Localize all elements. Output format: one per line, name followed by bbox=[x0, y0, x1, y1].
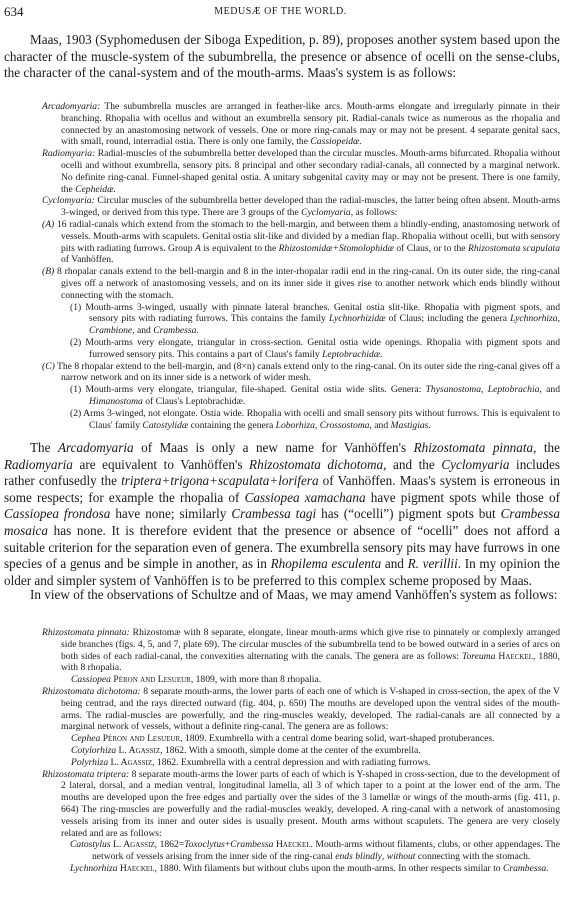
sub-text: containing the genera bbox=[188, 420, 275, 431]
genus-name: Lychnorhiza bbox=[70, 863, 118, 874]
group-a: (A) 16 radial-canals which extend from t… bbox=[42, 219, 560, 266]
genus-cassiopea: Cassiopea Péron and Lesueur, 1809, with … bbox=[61, 674, 560, 686]
taxon: Cassiopea xamachana bbox=[245, 490, 366, 505]
term: Rhizostomata pinnata: bbox=[42, 627, 130, 638]
group-b: (B) 8 rhopalar canals extend to the bell… bbox=[42, 266, 560, 301]
group-text: of Vanhöffen. bbox=[61, 254, 113, 265]
discussion-paragraph: The Arcadomyaria of Maas is only a new n… bbox=[4, 440, 560, 589]
genus-polyrhiza: Polyrhiza L. Agassiz, 1862. Exumbrella w… bbox=[61, 757, 560, 769]
group-c: (C) The 8 rhopalar extend to the bell-ma… bbox=[42, 361, 560, 385]
sub-text: of Claus; including the genera bbox=[386, 313, 511, 324]
family-name: Cepheidæ. bbox=[75, 184, 116, 195]
sep: , bbox=[481, 384, 488, 395]
family-name: Leptobrachidæ. bbox=[322, 349, 383, 360]
sep: , and bbox=[132, 325, 153, 336]
taxon: Rhizostomidæ+Stomolophidæ bbox=[279, 243, 394, 254]
entry-triptera: Rhizostomata triptera: 8 separate mouth-… bbox=[42, 769, 560, 840]
sub-text: Mouth-arms very elongate, triangular, fi… bbox=[81, 384, 425, 395]
author: L. Agassiz bbox=[116, 745, 160, 756]
genus-text: , 1809. Exumbrella with a central dome b… bbox=[180, 733, 494, 744]
text: , and the bbox=[383, 457, 441, 472]
term: Arcadomyaria: bbox=[42, 101, 100, 112]
group-text: is equivalent to the bbox=[201, 243, 279, 254]
family-name: Catostylidæ bbox=[142, 420, 188, 431]
author: L. Agassiz bbox=[108, 757, 152, 768]
genus-name: Loborhiza bbox=[276, 420, 315, 431]
taxon: R. verillii bbox=[408, 556, 458, 571]
taxon: triptera+trigona+scapulata+lorifera bbox=[121, 473, 318, 488]
taxon: Crambessa tagi bbox=[231, 506, 316, 521]
text: and bbox=[381, 556, 407, 571]
taxon: Rhizostomata scapulata bbox=[468, 243, 560, 254]
term: Rhizostomata triptera: bbox=[42, 769, 129, 780]
genus-ref: Crambessa. bbox=[503, 863, 549, 874]
taxon: Rhopilema esculenta bbox=[271, 556, 382, 571]
entry-text: , as follows: bbox=[351, 207, 398, 218]
author: L. Agassiz bbox=[111, 839, 155, 850]
group-c-sub-1: (1) Mouth-arms very elongate, triangular… bbox=[70, 384, 560, 408]
genus-catostylus: Catostylus L. Agassiz, 1862=Toxoclytus+C… bbox=[70, 839, 560, 863]
sub-text: Mouth-arms very elongate, triangular in … bbox=[81, 337, 560, 360]
intro-text: Maas, 1903 (Syphomedusen der Siboga Expe… bbox=[4, 32, 560, 80]
entry-dichotoma: Rhizostomata dichotoma: 8 separate mouth… bbox=[42, 686, 560, 733]
entry-arcadomyaria: Arcadomyaria: The subumbrella muscles ar… bbox=[42, 101, 560, 148]
group-b-sub-1: (1) Mouth-arms 3-winged, usually with pi… bbox=[70, 302, 560, 337]
author: Péron and Lesueur bbox=[111, 674, 191, 685]
term: Radiomyaria: bbox=[42, 148, 95, 159]
sub-label: (2) bbox=[70, 408, 81, 419]
amended-system-list: Rhizostomata pinnata: Rhizostomæ with 8 … bbox=[42, 627, 560, 875]
emphasis: ends blindly bbox=[335, 851, 382, 862]
genus-cephea: Cephea Péron and Lesueur, 1809. Exumbrel… bbox=[61, 733, 560, 745]
family-name: Cassiopeidæ. bbox=[310, 136, 361, 147]
genus-text: connecting with the stomach. bbox=[415, 851, 530, 862]
book-page: 634 MEDUSÆ OF THE WORLD. Maas, 1903 (Syp… bbox=[0, 0, 563, 897]
genus-name: Toreuma bbox=[462, 651, 495, 662]
text: are equivalent to Vanhöffen's bbox=[73, 457, 249, 472]
entry-pinnata: Rhizostomata pinnata: Rhizostomæ with 8 … bbox=[42, 627, 560, 674]
genus-name: Leptobrachia bbox=[488, 384, 540, 395]
genus-text: , 1809, with more than 8 rhopalia. bbox=[191, 674, 321, 685]
group-text: of Claus, or to the bbox=[394, 243, 468, 254]
sep: , and bbox=[369, 420, 390, 431]
genus-text: , 1862. With a smooth, simple dome at th… bbox=[160, 745, 421, 756]
genus-name: Cassiopea bbox=[71, 674, 111, 685]
genus-name: Polyrhiza bbox=[71, 757, 108, 768]
text: , the bbox=[533, 440, 560, 455]
author: Haeckel bbox=[118, 863, 155, 874]
text: has (“ocelli”) pigment spots but bbox=[316, 506, 500, 521]
text: have pigment spots while those of bbox=[366, 490, 560, 505]
genus-cotylorhiza: Cotylorhiza L. Agassiz, 1862. With a smo… bbox=[61, 745, 560, 757]
genus-name: Crambessa. bbox=[153, 325, 199, 336]
genus-text: , 1862. Exumbrella with a central depres… bbox=[152, 757, 430, 768]
synonym: Crambessa bbox=[230, 839, 273, 850]
taxon: Rhizostomata dichotoma bbox=[249, 457, 383, 472]
genus-text: , 1862= bbox=[155, 839, 185, 850]
term: Cyclomyaria: bbox=[42, 195, 95, 206]
term: Rhizostomata dichotoma: bbox=[42, 686, 141, 697]
emphasis: without bbox=[387, 851, 416, 862]
maas-system-list: Arcadomyaria: The subumbrella muscles ar… bbox=[42, 101, 560, 431]
author: Péron and Lesueur bbox=[100, 733, 180, 744]
genus-name: Cotylorhiza bbox=[71, 745, 116, 756]
sub-label: (2) bbox=[70, 337, 81, 348]
taxon: Cyclomyaria bbox=[441, 457, 509, 472]
entry-radiomyaria: Radiomyaria: Radial-muscles of the subum… bbox=[42, 148, 560, 195]
sub-label: (1) bbox=[70, 384, 81, 395]
genus-name: Cephea bbox=[71, 733, 100, 744]
amend-paragraph: In view of the observations of Schultze … bbox=[4, 587, 560, 604]
taxon: Cassiopea frondosa bbox=[4, 506, 110, 521]
genus-name: Crossostoma bbox=[320, 420, 370, 431]
taxon: Rhizostomata pinnata bbox=[414, 440, 534, 455]
running-title: MEDUSÆ OF THE WORLD. bbox=[4, 6, 557, 17]
entry-text: Radial-muscles of the subumbrella better… bbox=[61, 148, 560, 194]
group-label: (C) bbox=[42, 361, 55, 372]
intro-paragraph: Maas, 1903 (Syphomedusen der Siboga Expe… bbox=[4, 32, 560, 82]
author: Haeckel bbox=[495, 651, 533, 662]
group-c-sub-2: (2) Arms 3-winged, not elongate. Ostia w… bbox=[70, 408, 560, 432]
taxon: Arcadomyaria bbox=[58, 440, 134, 455]
text: In view of the observations of Schultze … bbox=[30, 587, 557, 602]
text: have none; similarly bbox=[110, 506, 231, 521]
group-label: (B) bbox=[42, 266, 54, 277]
sub-label: (1) bbox=[70, 302, 81, 313]
entry-cyclomyaria: Cyclomyaria: Circular muscles of the sub… bbox=[42, 195, 560, 219]
group-text: 8 rhopalar canals extend to the bell-mar… bbox=[54, 266, 560, 301]
sep: , bbox=[558, 313, 560, 324]
genus-name: Crambione bbox=[89, 325, 132, 336]
entry-text: 8 separate mouth-arms the lower parts of… bbox=[61, 769, 560, 839]
text: of Maas is only a new name for Vanhöffen… bbox=[134, 440, 414, 455]
term-inline: Cyclomyaria bbox=[301, 207, 351, 218]
genus-name: Catostylus bbox=[70, 839, 111, 850]
taxon: Radiomyaria bbox=[4, 457, 73, 472]
author: Haeckel bbox=[273, 839, 310, 850]
sub-text: of Claus's Leptobrachidæ. bbox=[143, 396, 245, 407]
sep: , and bbox=[539, 384, 560, 395]
genus-lychnorhiza: Lychnorhiza Haeckel, 1880. With filament… bbox=[70, 863, 560, 875]
genus-name: Mastigias. bbox=[391, 420, 431, 431]
genus-name: Himanostoma bbox=[89, 396, 143, 407]
page-header: 634 MEDUSÆ OF THE WORLD. bbox=[4, 4, 557, 20]
text: The bbox=[30, 440, 58, 455]
group-label: (A) bbox=[42, 219, 54, 230]
family-name: Lychnorhizidæ bbox=[329, 313, 386, 324]
genus-text: , 1880. With filaments but without clubs… bbox=[154, 863, 503, 874]
group-text: The 8 rhopalar extend to the bell-margin… bbox=[55, 361, 560, 384]
genus-name: Lychnorhiza bbox=[510, 313, 558, 324]
synonym: Toxoclytus bbox=[184, 839, 225, 850]
group-b-sub-2: (2) Mouth-arms very elongate, triangular… bbox=[70, 337, 560, 361]
genus-name: Thysanostoma bbox=[426, 384, 481, 395]
